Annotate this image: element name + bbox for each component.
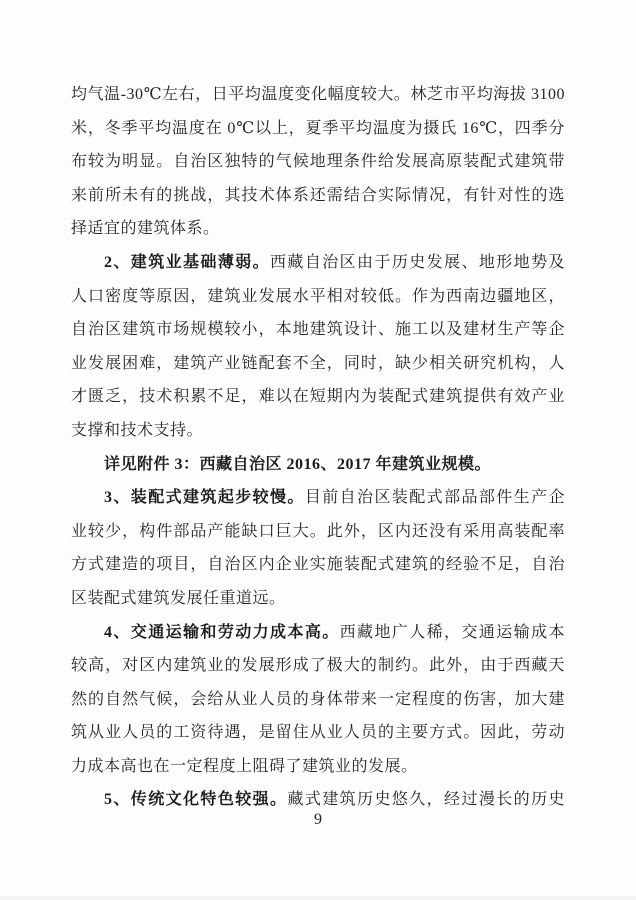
text-segment: 西藏自治区由于历史发展、地形地势及 — [270, 254, 565, 271]
text-segment: 力成本高也在一定程度上阻碍了建筑业的发展。 — [71, 758, 418, 775]
text-segment: 择适宜的建筑体系。 — [71, 220, 220, 237]
document-body: 均气温-30℃左右，日平均温度变化幅度较大。林芝市平均海拔 3100米，冬季平均… — [71, 78, 565, 817]
text-line: 人口密度等原因，建筑业发展水平相对较低。作为西南边疆地区， — [71, 280, 565, 314]
text-line: 布较为明显。自治区独特的气候地理条件给发展高原装配式建筑带 — [71, 145, 565, 179]
text-line: 择适宜的建筑体系。 — [71, 212, 565, 246]
text-segment: 布较为明显。自治区独特的气候地理条件给发展高原装配式建筑带 — [71, 153, 565, 170]
text-line: 然的自然气候，会给从业人员的身体带来一定程度的伤害，加大建 — [71, 683, 565, 717]
text-line: 区装配式建筑发展任重道远。 — [71, 582, 565, 616]
text-segment: 人口密度等原因，建筑业发展水平相对较低。作为西南边疆地区， — [71, 288, 565, 305]
text-segment: 自治区建筑市场规模较小，本地建筑设计、施工以及建材生产等企 — [71, 321, 565, 338]
heading-segment: 详见附件 3：西藏自治区 2016、2017 年建筑业规模。 — [104, 456, 491, 473]
text-segment: 方式建造的项目，自治区内企业实施装配式建筑的经验不足，自治 — [71, 556, 565, 573]
text-line: 均气温-30℃左右，日平均温度变化幅度较大。林芝市平均海拔 3100 — [71, 78, 565, 112]
text-line: 筑从业人员的工资待遇，是留住从业人员的主要方式。因此，劳动 — [71, 716, 565, 750]
text-segment: 较高，对区内建筑业的发展形成了极大的制约。此外，由于西藏天 — [71, 657, 565, 674]
text-segment: 然的自然气候，会给从业人员的身体带来一定程度的伤害，加大建 — [71, 691, 565, 708]
text-segment: 西藏地广人稀，交通运输成本 — [340, 624, 565, 641]
text-line: 较高，对区内建筑业的发展形成了极大的制约。此外，由于西藏天 — [71, 649, 565, 683]
text-line: 来前所未有的挑战，其技术体系还需结合实际情况，有针对性的选 — [71, 179, 565, 213]
text-segment: 支撑和技术支持。 — [71, 422, 203, 439]
text-line: 方式建造的项目，自治区内企业实施装配式建筑的经验不足，自治 — [71, 548, 565, 582]
text-line: 米，冬季平均温度在 0℃以上，夏季平均温度为摄氏 16℃，四季分 — [71, 112, 565, 146]
text-segment: 才匮乏，技术积累不足，难以在短期内为装配式建筑提供有效产业 — [71, 388, 565, 405]
text-segment: 均气温-30℃左右，日平均温度变化幅度较大。林芝市平均海拔 3100 — [71, 86, 565, 103]
text-segment: 来前所未有的挑战，其技术体系还需结合实际情况，有针对性的选 — [71, 187, 565, 204]
text-segment: 业较少，构件部品产能缺口巨大。此外，区内还没有采用高装配率 — [71, 523, 565, 540]
text-line: 2、建筑业基础薄弱。西藏自治区由于历史发展、地形地势及 — [71, 246, 565, 280]
text-segment: 区装配式建筑发展任重道远。 — [71, 590, 286, 607]
page-number: 9 — [0, 806, 636, 834]
text-line: 3、装配式建筑起步较慢。目前自治区装配式部品部件生产企 — [71, 481, 565, 515]
text-line: 自治区建筑市场规模较小，本地建筑设计、施工以及建材生产等企 — [71, 313, 565, 347]
heading-segment: 4、交通运输和劳动力成本高。 — [104, 624, 340, 641]
text-line: 力成本高也在一定程度上阻碍了建筑业的发展。 — [71, 750, 565, 784]
scan-edge — [0, 896, 636, 900]
document-page: 均气温-30℃左右，日平均温度变化幅度较大。林芝市平均海拔 3100米，冬季平均… — [0, 0, 636, 900]
text-line: 业较少，构件部品产能缺口巨大。此外，区内还没有采用高装配率 — [71, 515, 565, 549]
text-segment: 目前自治区装配式部品部件生产企 — [305, 489, 565, 506]
text-line: 才匮乏，技术积累不足，难以在短期内为装配式建筑提供有效产业 — [71, 380, 565, 414]
text-line: 支撑和技术支持。 — [71, 414, 565, 448]
text-segment: 米，冬季平均温度在 0℃以上，夏季平均温度为摄氏 16℃，四季分 — [71, 120, 565, 137]
text-line: 详见附件 3：西藏自治区 2016、2017 年建筑业规模。 — [71, 448, 565, 482]
text-line: 业发展困难，建筑产业链配套不全，同时，缺少相关研究机构，人 — [71, 347, 565, 381]
heading-segment: 3、装配式建筑起步较慢。 — [104, 489, 305, 506]
text-segment: 筑从业人员的工资待遇，是留住从业人员的主要方式。因此，劳动 — [71, 724, 565, 741]
text-segment: 业发展困难，建筑产业链配套不全，同时，缺少相关研究机构，人 — [71, 355, 565, 372]
heading-segment: 2、建筑业基础薄弱。 — [104, 254, 270, 271]
text-line: 4、交通运输和劳动力成本高。西藏地广人稀，交通运输成本 — [71, 616, 565, 650]
